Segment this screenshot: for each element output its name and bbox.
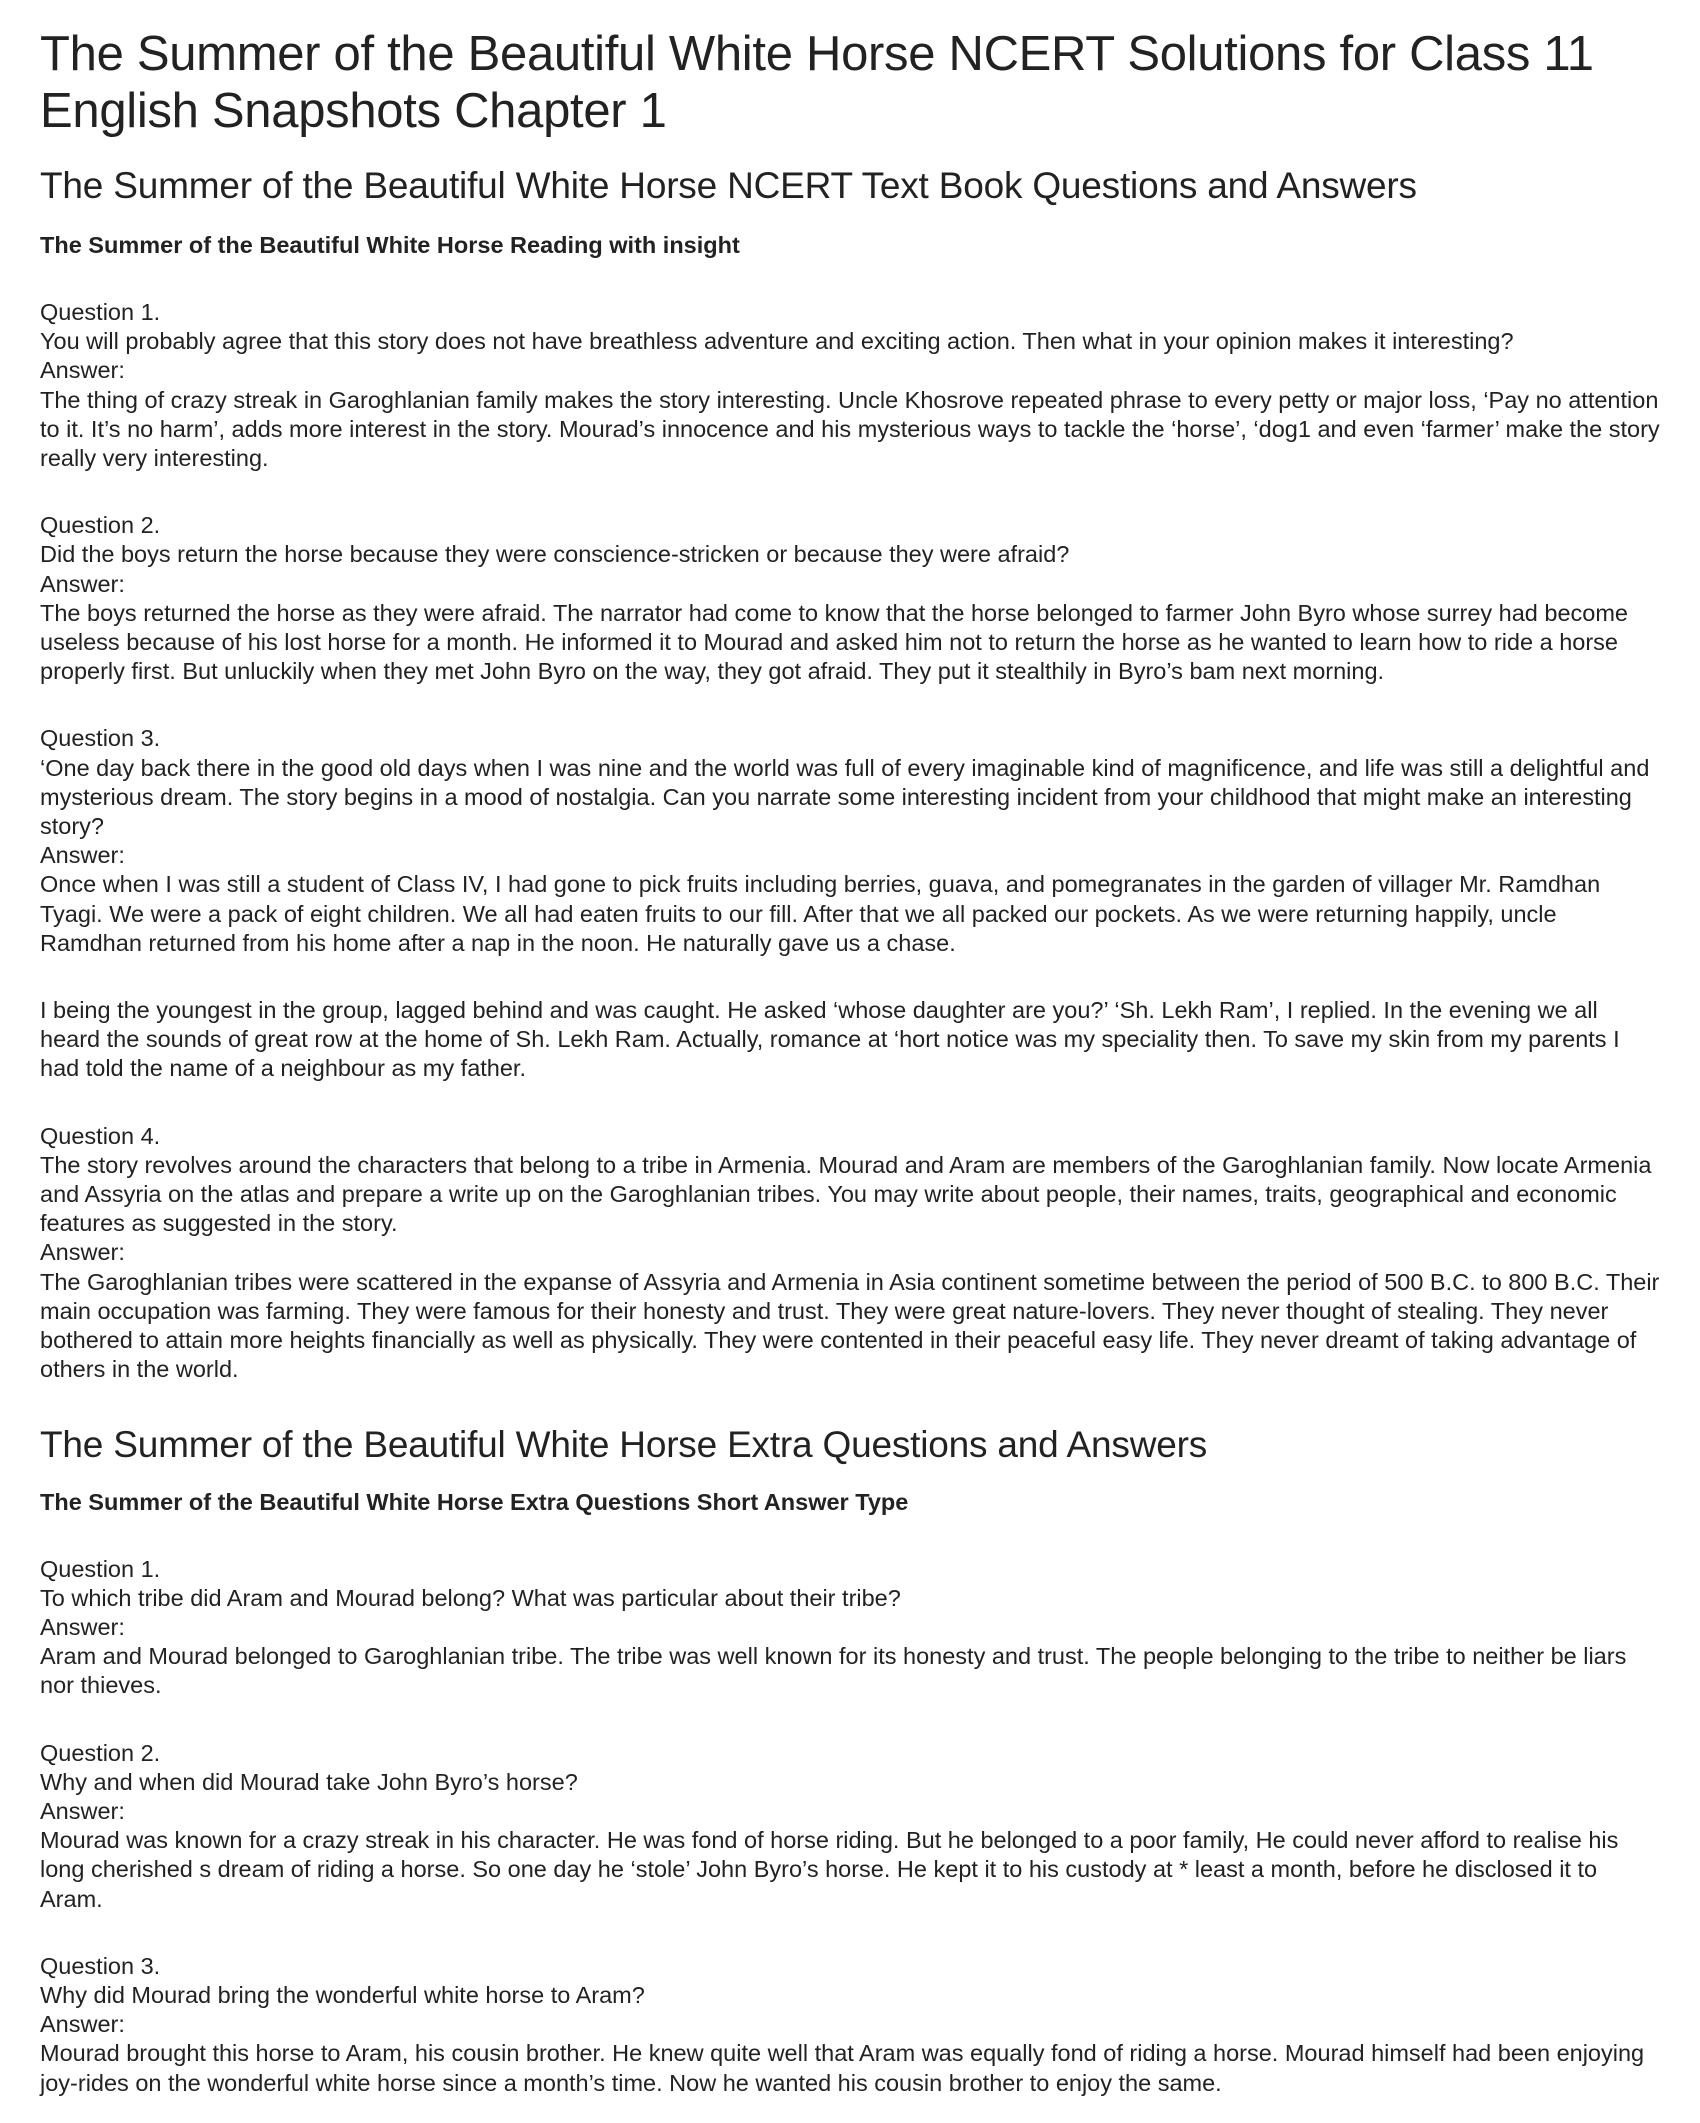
question-label: Question 2. <box>40 511 1660 540</box>
question-text: To which tribe did Aram and Mourad belon… <box>40 1584 1660 1613</box>
answer-label: Answer: <box>40 841 1660 870</box>
answer-text: The Garoghlanian tribes were scattered i… <box>40 1268 1660 1385</box>
question-text: Why did Mourad bring the wonderful white… <box>40 1981 1660 2010</box>
question-text: ‘One day back there in the good old days… <box>40 754 1660 842</box>
document-page: The Summer of the Beautiful White Horse … <box>0 0 1700 2098</box>
question-label: Question 2. <box>40 1739 1660 1768</box>
question-text: Why and when did Mourad take John Byro’s… <box>40 1768 1660 1797</box>
answer-continued-paragraph: I being the youngest in the group, lagge… <box>40 996 1660 1084</box>
answer-label: Answer: <box>40 356 1660 385</box>
question-text: Did the boys return the horse because th… <box>40 540 1660 569</box>
answer-text: The boys returned the horse as they were… <box>40 599 1660 687</box>
answer-label: Answer: <box>40 1797 1660 1826</box>
question-text: You will probably agree that this story … <box>40 327 1660 356</box>
page-title: The Summer of the Beautiful White Horse … <box>40 26 1660 140</box>
qa-item: Question 3. ‘One day back there in the g… <box>40 724 1660 958</box>
answer-text: Aram and Mourad belonged to Garoghlanian… <box>40 1642 1660 1700</box>
question-label: Question 3. <box>40 724 1660 753</box>
answer-label: Answer: <box>40 570 1660 599</box>
ncert-questions-section: The Summer of the Beautiful White Horse … <box>40 164 1660 1385</box>
qa-item: Question 3. Why did Mourad bring the won… <box>40 1952 1660 2098</box>
qa-item: Question 4. The story revolves around th… <box>40 1122 1660 1385</box>
question-label: Question 4. <box>40 1122 1660 1151</box>
answer-label: Answer: <box>40 1238 1660 1267</box>
qa-item: Question 2. Did the boys return the hors… <box>40 511 1660 686</box>
qa-item: Question 1. You will probably agree that… <box>40 298 1660 473</box>
section-heading: The Summer of the Beautiful White Horse … <box>40 164 1660 208</box>
question-text: The story revolves around the characters… <box>40 1151 1660 1239</box>
answer-text: The thing of crazy streak in Garoghlania… <box>40 386 1660 474</box>
question-label: Question 1. <box>40 298 1660 327</box>
qa-item: Question 1. To which tribe did Aram and … <box>40 1555 1660 1701</box>
answer-label: Answer: <box>40 1613 1660 1642</box>
question-label: Question 3. <box>40 1952 1660 1981</box>
answer-text: Mourad was known for a crazy streak in h… <box>40 1826 1660 1914</box>
extra-questions-section: The Summer of the Beautiful White Horse … <box>40 1423 1660 2098</box>
section-subheading: The Summer of the Beautiful White Horse … <box>40 230 1660 260</box>
section-heading: The Summer of the Beautiful White Horse … <box>40 1423 1660 1467</box>
question-label: Question 1. <box>40 1555 1660 1584</box>
answer-text: Mourad brought this horse to Aram, his c… <box>40 2039 1660 2097</box>
answer-text: Once when I was still a student of Class… <box>40 870 1660 958</box>
answer-label: Answer: <box>40 2010 1660 2039</box>
qa-item: Question 2. Why and when did Mourad take… <box>40 1739 1660 1914</box>
section-subheading: The Summer of the Beautiful White Horse … <box>40 1487 1660 1517</box>
